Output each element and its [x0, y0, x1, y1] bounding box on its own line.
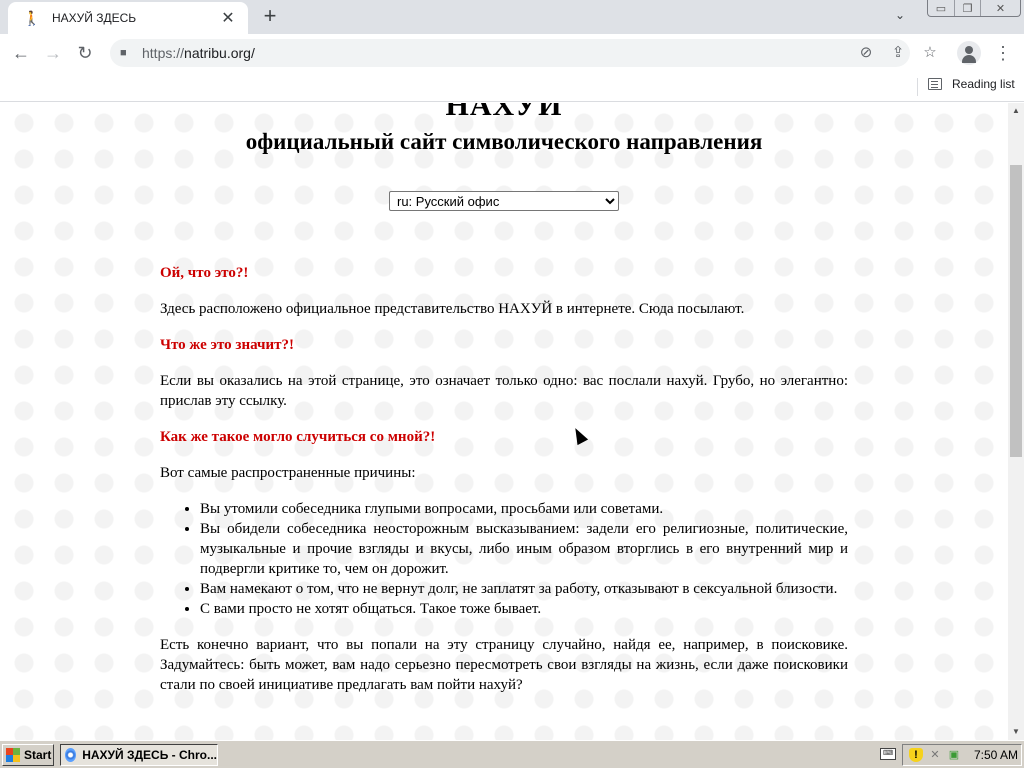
section-heading: Ой, что это?! [160, 263, 848, 283]
kebab-menu-icon[interactable]: ⋮ [994, 40, 1010, 66]
network-connected-icon[interactable]: ▣ [947, 748, 961, 762]
windows-logo-icon [6, 748, 20, 762]
tab-search-chevron-icon[interactable]: ⌄ [895, 8, 905, 22]
tab-strip: 🚶 НАХУЙ ЗДЕСЬ ✕ + ⌄ ▭ ❐ ✕ [0, 0, 1024, 34]
window-controls: ▭ ❐ ✕ [927, 0, 1021, 17]
page-scrollbar[interactable]: ▲ ▼ [1008, 103, 1024, 740]
list-item: Вы обидели собеседника неосторожным выск… [200, 519, 848, 579]
scroll-down-arrow-icon[interactable]: ▼ [1008, 724, 1024, 740]
profile-avatar-icon[interactable] [957, 41, 981, 65]
back-arrow-icon[interactable]: ← [8, 40, 34, 66]
page-subtitle: официальный сайт символического направле… [0, 129, 1008, 155]
security-shield-icon[interactable]: ! [909, 748, 923, 762]
list-item: Вам намекают о том, что не вернут долг, … [200, 579, 848, 599]
lock-icon[interactable]: ■ [120, 47, 134, 59]
minimize-button[interactable]: ▭ [928, 0, 954, 16]
restore-button[interactable]: ❐ [954, 0, 980, 16]
address-bar[interactable]: ■ https://natribu.org/ [110, 39, 910, 67]
browser-toolbar: ← → ↻ ■ https://natribu.org/ ⊘ ⇪ ☆ ⋮ [0, 34, 1024, 72]
language-select[interactable]: ru: Русский офис [389, 191, 619, 211]
reading-list-button[interactable]: Reading list [928, 77, 1015, 91]
chrome-icon [65, 748, 76, 762]
reading-list-label: Reading list [952, 77, 1015, 91]
tab-close-icon[interactable]: ✕ [218, 8, 238, 28]
clock: 7:50 AM [974, 748, 1018, 762]
forward-arrow-icon[interactable]: → [40, 40, 66, 66]
article: Ой, что это?! Здесь расположено официаль… [160, 263, 848, 731]
taskbar: Start НАХУЙ ЗДЕСЬ - Chro... ⌨ ! ✕ ▣ 7:50… [0, 740, 1024, 768]
tab-active[interactable]: 🚶 НАХУЙ ЗДЕСЬ ✕ [8, 2, 248, 34]
star-icon[interactable]: ☆ [916, 39, 944, 67]
list-item: С вами просто не хотят общаться. Такое т… [200, 599, 848, 619]
paragraph: Если вы оказались на этой странице, это … [160, 371, 848, 411]
reasons-list: Вы утомили собеседника глупыми вопросами… [160, 499, 848, 619]
scroll-up-arrow-icon[interactable]: ▲ [1008, 103, 1024, 119]
walking-figure-icon: 🚶 [24, 10, 40, 26]
share-icon[interactable]: ⇪ [884, 39, 912, 67]
start-button[interactable]: Start [2, 744, 54, 766]
close-window-button[interactable]: ✕ [980, 0, 1020, 16]
eye-off-icon[interactable]: ⊘ [852, 39, 880, 67]
section-heading: Что же это значит?! [160, 335, 848, 355]
scroll-thumb[interactable] [1010, 165, 1022, 457]
new-tab-button[interactable]: + [258, 5, 282, 29]
page-title: НАХУЙ [0, 103, 1008, 123]
keyboard-icon[interactable]: ⌨ [880, 748, 896, 760]
url-text[interactable]: https://natribu.org/ [142, 45, 255, 61]
reading-list-icon [928, 78, 942, 90]
network-icon[interactable]: ✕ [928, 748, 942, 762]
taskbar-chrome-item[interactable]: НАХУЙ ЗДЕСЬ - Chro... [60, 744, 218, 766]
paragraph: Здесь расположено официальное представит… [160, 299, 848, 319]
list-item: Вы утомили собеседника глупыми вопросами… [200, 499, 848, 519]
tab-title: НАХУЙ ЗДЕСЬ [52, 11, 218, 25]
bookmarks-bar: Reading list [0, 72, 1024, 102]
bookmarks-separator [917, 78, 918, 96]
paragraph: Вот самые распространенные причины: [160, 463, 848, 483]
section-heading-clipped [160, 711, 848, 731]
page-viewport: НАХУЙ официальный сайт символического на… [0, 103, 1008, 740]
system-tray: ! ✕ ▣ 7:50 AM [902, 744, 1022, 766]
section-heading: Как же такое могло случиться со мной?! [160, 427, 848, 447]
reload-icon[interactable]: ↻ [72, 40, 98, 66]
paragraph: Есть конечно вариант, что вы попали на э… [160, 635, 848, 695]
